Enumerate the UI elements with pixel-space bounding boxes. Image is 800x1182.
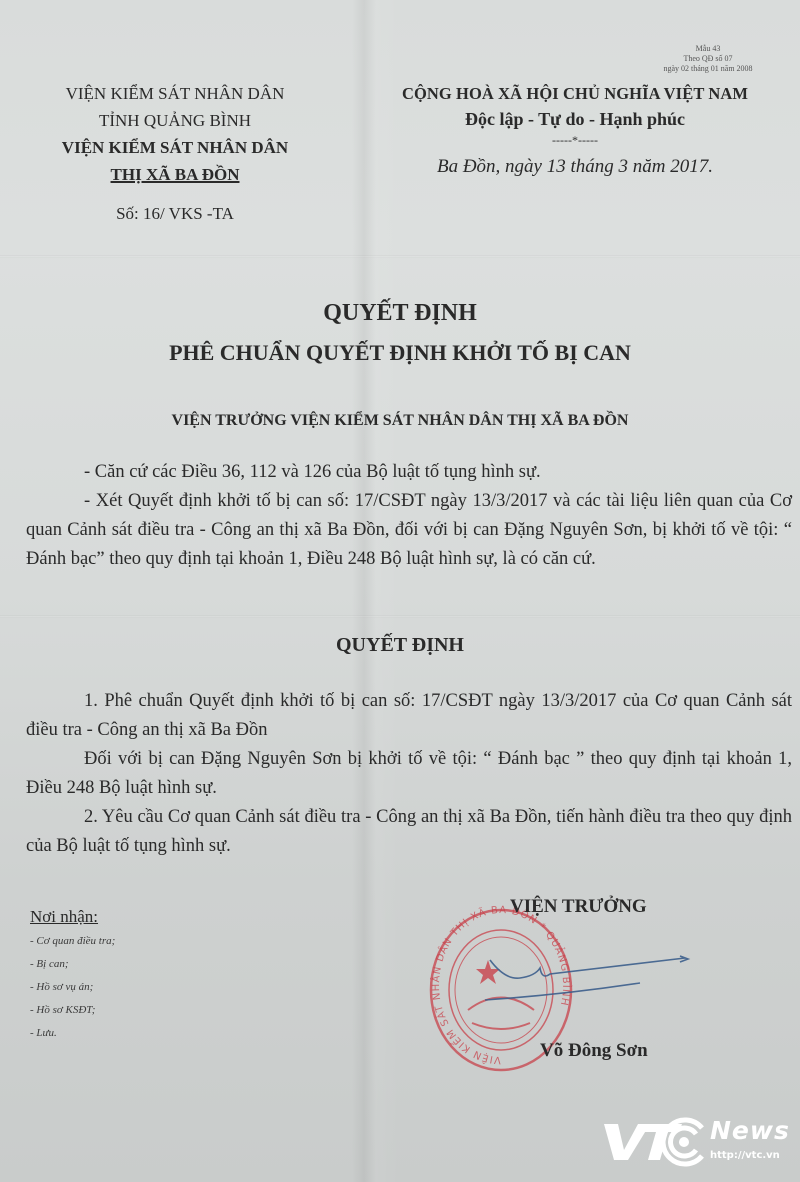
- vtc-logo-icon: [598, 1110, 710, 1174]
- recipients-list: - Cơ quan điều tra; - Bị can; - Hồ sơ vụ…: [30, 930, 115, 1045]
- document-subtitle: PHÊ CHUẨN QUYẾT ĐỊNH KHỞI TỐ BỊ CAN: [0, 340, 800, 366]
- national-motto: Độc lập - Tự do - Hạnh phúc: [360, 106, 790, 132]
- form-note-line: Theo QĐ số 07: [638, 54, 778, 64]
- country-name: CỘNG HOÀ XÃ HỘI CHỦ NGHĨA VIỆT NAM: [360, 82, 790, 106]
- signer-title: VIỆN TRƯỞNG: [510, 896, 647, 918]
- agency-header: VIỆN KIỂM SÁT NHÂN DÂN TỈNH QUẢNG BÌNH V…: [10, 80, 340, 227]
- document-title: QUYẾT ĐỊNH: [0, 300, 800, 327]
- recipient-item: - Hồ sơ KSĐT;: [30, 999, 115, 1022]
- watermark-label: News: [710, 1116, 790, 1145]
- form-note-line: ngày 02 tháng 01 năm 2008: [638, 64, 778, 74]
- form-note-line: Mẫu 43: [638, 44, 778, 54]
- recipients-block: Nơi nhận: - Cơ quan điều tra; - Bị can; …: [30, 904, 115, 1045]
- decision-item-1-detail: Đối với bị can Đặng Nguyên Sơn bị khởi t…: [26, 745, 792, 803]
- national-header: CỘNG HOÀ XÃ HỘI CHỦ NGHĨA VIỆT NAM Độc l…: [360, 82, 790, 182]
- signer-name: Võ Đông Sơn: [540, 1040, 648, 1062]
- decision-item-2: 2. Yêu cầu Cơ quan Cảnh sát điều tra - C…: [26, 803, 792, 861]
- recipient-item: - Lưu.: [30, 1022, 115, 1045]
- paper-fold: [0, 615, 800, 618]
- ground-item: - Căn cứ các Điều 36, 112 và 126 của Bộ …: [26, 458, 792, 487]
- recipient-item: - Bị can;: [30, 953, 115, 976]
- decision-section: 1. Phê chuẩn Quyết định khởi tố bị can s…: [26, 687, 792, 861]
- recipient-item: - Cơ quan điều tra;: [30, 930, 115, 953]
- document-number: Số: 16/ VKS -TA: [10, 200, 340, 227]
- agency-province: TỈNH QUẢNG BÌNH: [10, 107, 340, 134]
- recipient-item: - Hồ sơ vụ án;: [30, 976, 115, 999]
- agency-locality: THỊ XÃ BA ĐỒN: [10, 161, 340, 188]
- ground-item: - Xét Quyết định khởi tố bị can số: 17/C…: [26, 487, 792, 574]
- decision-heading: QUYẾT ĐỊNH: [0, 634, 800, 657]
- header-divider: -----*-----: [360, 132, 790, 148]
- recipients-heading: Nơi nhận:: [30, 904, 115, 930]
- decision-item-1: 1. Phê chuẩn Quyết định khởi tố bị can s…: [26, 687, 792, 745]
- vtc-news-watermark: News http://vtc.vn: [598, 1110, 798, 1174]
- agency-parent: VIỆN KIỂM SÁT NHÂN DÂN: [10, 80, 340, 107]
- grounds-section: - Căn cứ các Điều 36, 112 và 126 của Bộ …: [26, 458, 792, 574]
- agency-name: VIỆN KIỂM SÁT NHÂN DÂN: [10, 134, 340, 161]
- form-note: Mẫu 43 Theo QĐ số 07 ngày 02 tháng 01 nă…: [638, 44, 778, 74]
- paper-fold: [0, 255, 800, 258]
- place-date: Ba Đồn, ngày 13 tháng 3 năm 2017.: [360, 152, 790, 182]
- watermark-url: http://vtc.vn: [710, 1150, 780, 1161]
- issuing-authority: VIỆN TRƯỞNG VIỆN KIỂM SÁT NHÂN DÂN THỊ X…: [0, 412, 800, 430]
- signature-mark: [480, 950, 700, 1010]
